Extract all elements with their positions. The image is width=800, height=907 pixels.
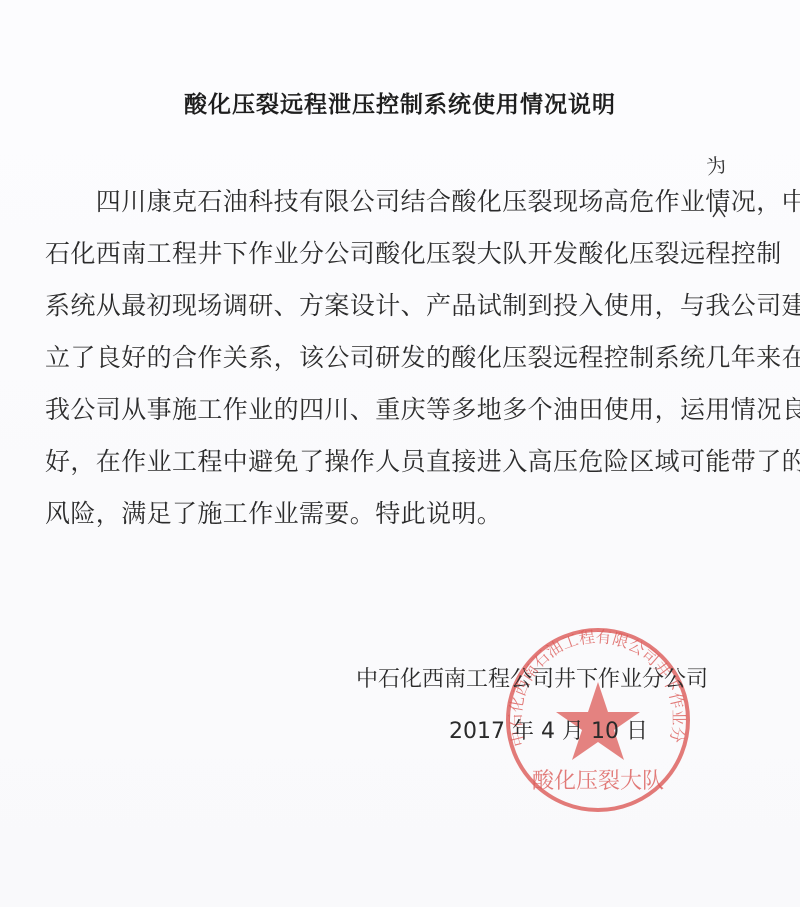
svg-text:酸化压裂大队: 酸化压裂大队 xyxy=(532,769,664,794)
body-line-4: 立了良好的合作关系，该公司研发的酸化压裂远程控制系统几年来在 xyxy=(45,343,800,373)
body-line-1: 四川康克石油科技有限公司结合酸化压裂现场高危作业情况，中 xyxy=(45,187,800,217)
signature-organization: 中石化西南工程公司井下作业分公司 xyxy=(356,662,708,693)
signature-date: 2017 年 4 月 10 日 xyxy=(449,714,648,745)
document-page: 酸化压裂远程泄压控制系统使用情况说明 四川康克石油科技有限公司结合酸化压裂现场高… xyxy=(0,0,800,907)
handwritten-insertion: 为 xyxy=(704,149,728,181)
insertion-caret-icon xyxy=(712,206,726,218)
body-line-3: 系统从最初现场调研、方案设计、产品试制到投入使用，与我公司建 xyxy=(45,291,800,321)
document-title: 酸化压裂远程泄压控制系统使用情况说明 xyxy=(0,86,800,119)
body-line-7: 风险，满足了施工作业需要。特此说明。 xyxy=(45,499,502,529)
body-line-6: 好，在作业工程中避免了操作人员直接进入高压危险区域可能带了的 xyxy=(45,447,800,477)
body-line-5: 我公司从事施工作业的四川、重庆等多地多个油田使用，运用情况良 xyxy=(45,395,800,425)
body-line-2: 石化西南工程井下作业分公司酸化压裂大队开发酸化压裂远程控制 xyxy=(45,239,782,269)
